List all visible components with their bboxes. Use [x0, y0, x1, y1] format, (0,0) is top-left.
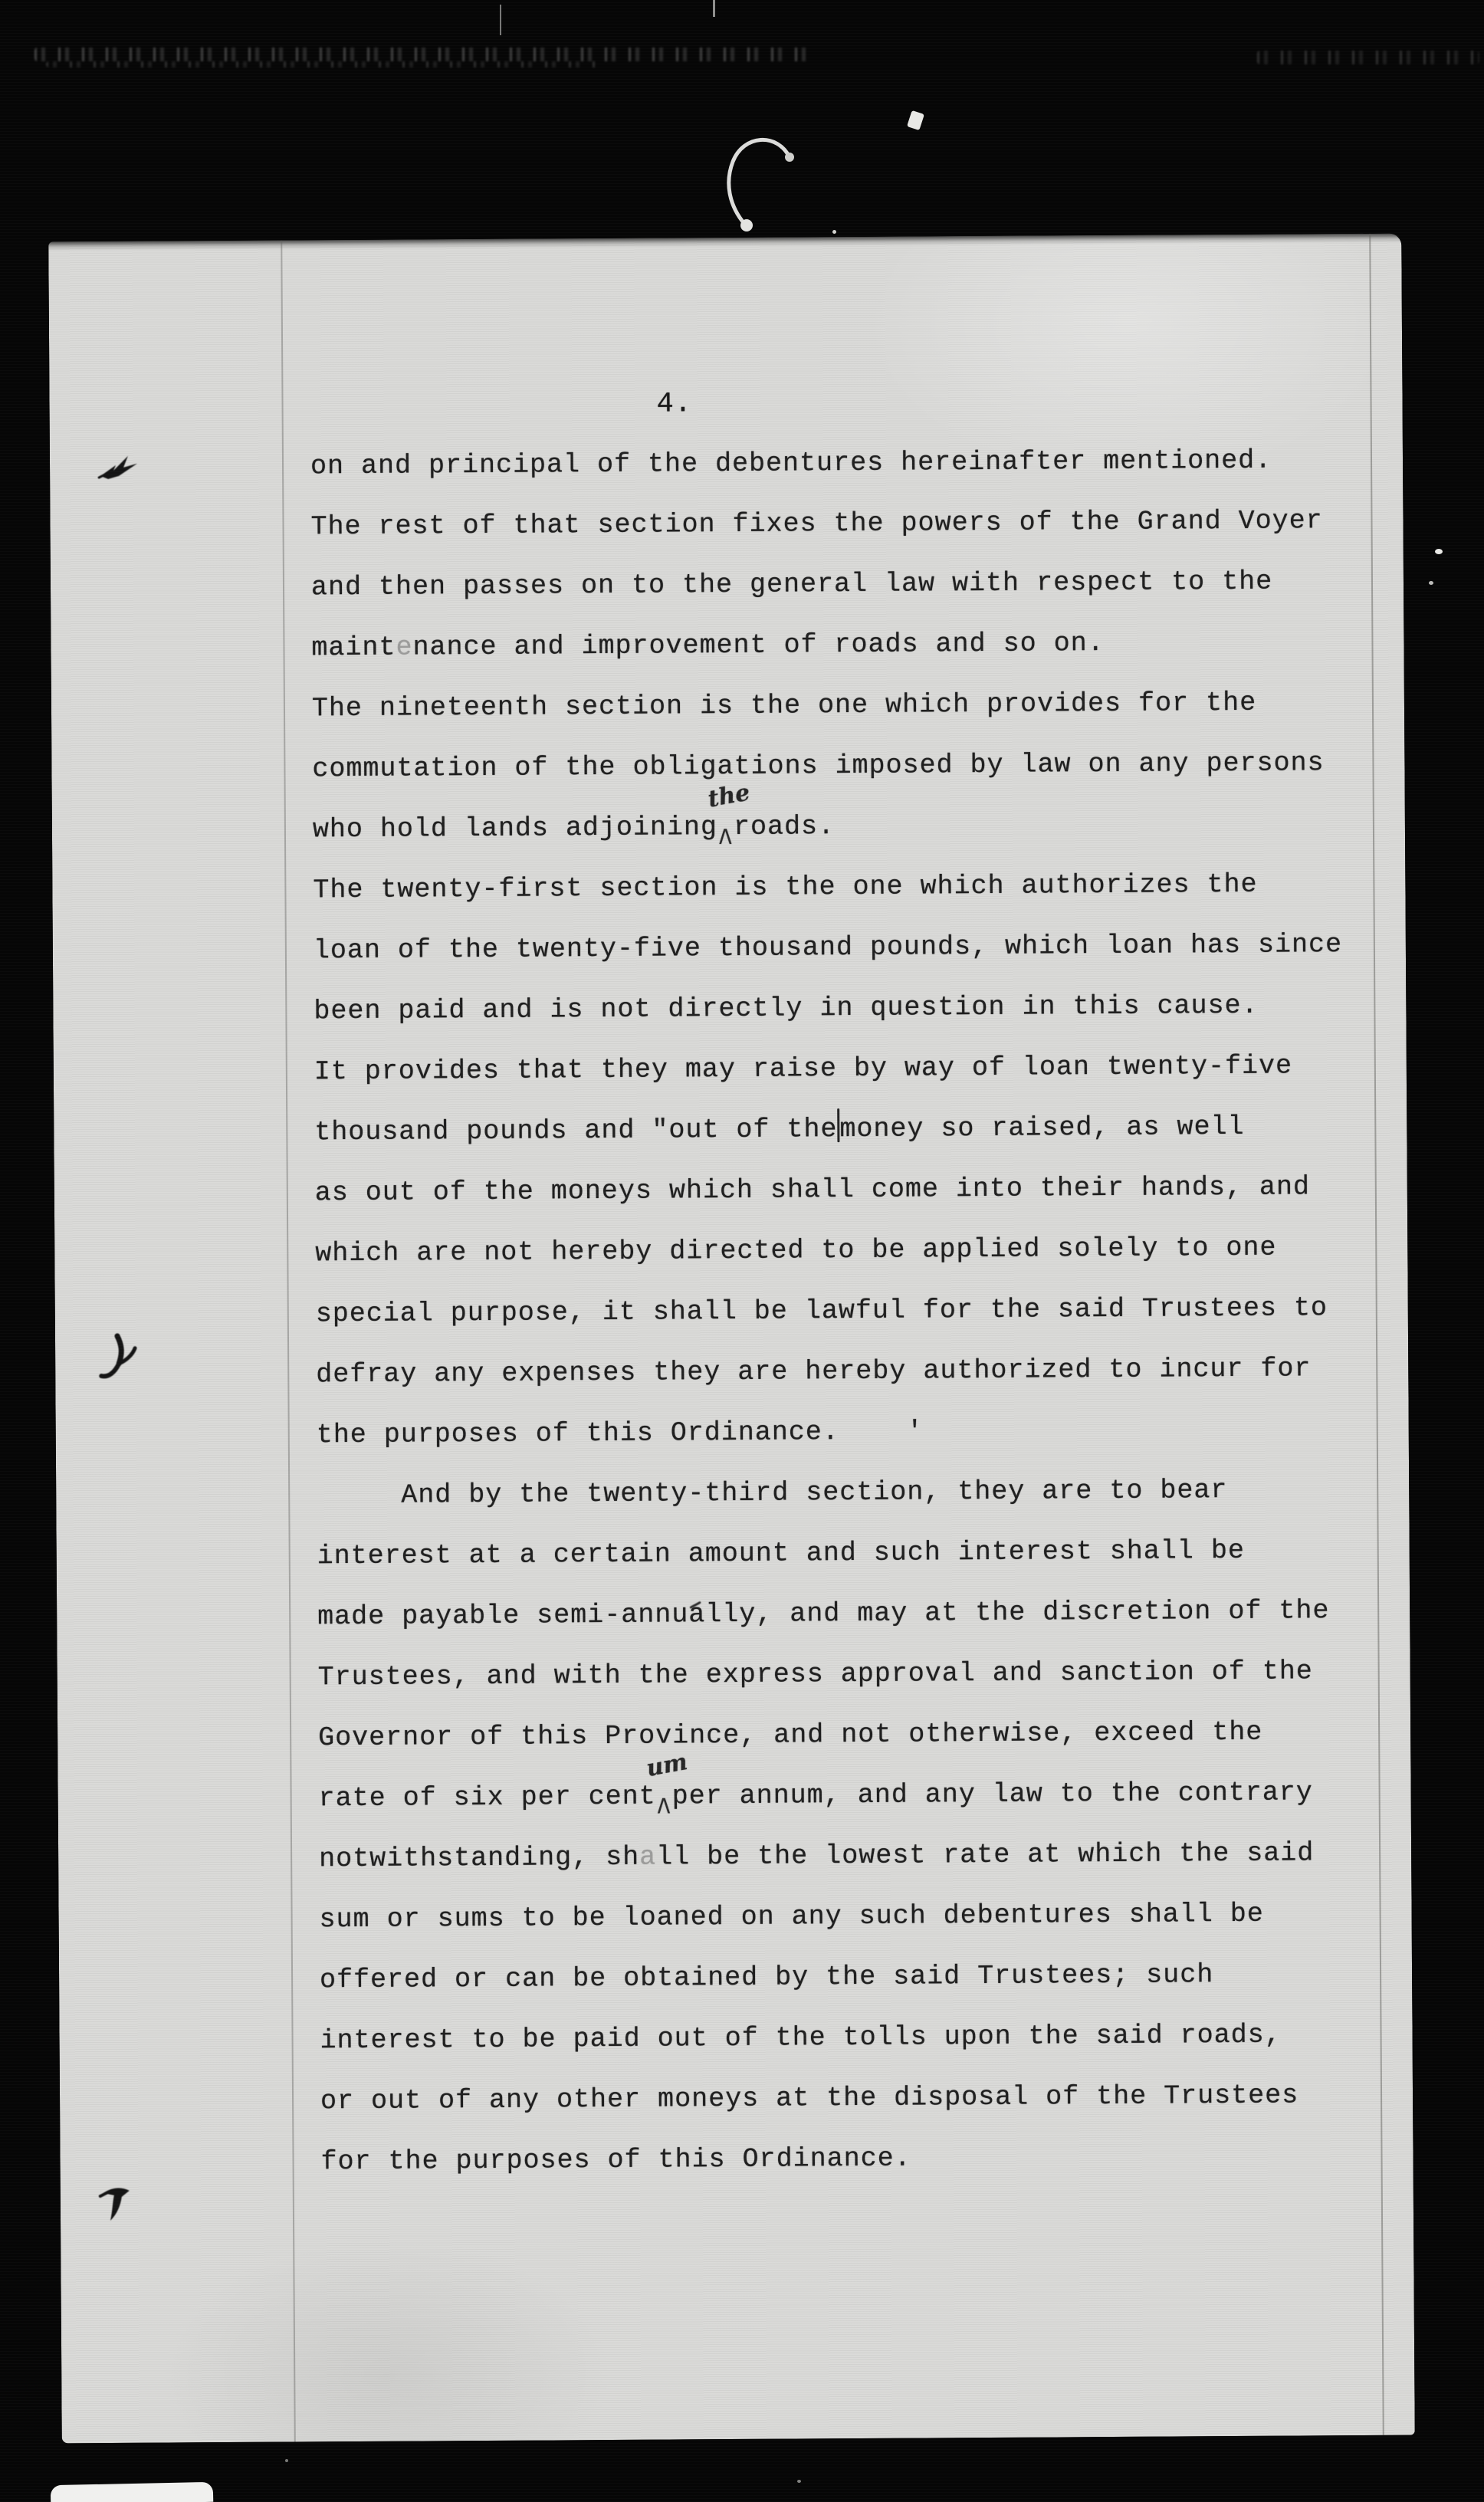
- typewritten-text: roads.: [734, 811, 835, 842]
- text-line: as out of the moneys which shall come in…: [315, 1157, 1395, 1224]
- text-line: sum or sums to be loaned on any such deb…: [319, 1883, 1399, 1951]
- top-noise-band: [46, 61, 598, 67]
- inserted-word: the: [706, 781, 751, 811]
- text-line: interest to be paid out of the tolls upo…: [320, 2005, 1400, 2072]
- text-line: for the purposes of this Ordinance.: [320, 2126, 1400, 2193]
- text-line: commutation of the obligations imposed b…: [312, 733, 1392, 800]
- typewritten-text: a: [688, 1599, 705, 1630]
- film-curl-mark: [707, 126, 806, 241]
- typewritten-text: maint: [311, 632, 396, 664]
- typewritten-text: Governor of this Province, and not other…: [318, 1717, 1262, 1754]
- text-line: interest at a certain amount and such in…: [317, 1520, 1397, 1588]
- white-speck: [1435, 549, 1443, 554]
- typewritten-text: nance and improvement of roads and so on…: [412, 628, 1104, 663]
- ink-blot-upper-left-margin: [97, 447, 153, 490]
- text-line: Governor of this Province, and not other…: [318, 1702, 1398, 1769]
- inserted-word: um: [645, 1751, 689, 1781]
- text-line: And by the twenty-third section, they ar…: [317, 1459, 1397, 1527]
- text-line: It provides that they may raise by way o…: [314, 1036, 1394, 1103]
- text-line: The twenty-first section is the one whic…: [313, 854, 1393, 921]
- typewritten-text: thousand pounds and "out of the: [314, 1114, 837, 1148]
- typewritten-text: loan of the twenty-five thousand pounds,…: [314, 929, 1342, 966]
- text-line: made payable semi-annually, and may at t…: [317, 1581, 1397, 1648]
- text-line: on and principal of the debentures herei…: [310, 430, 1390, 497]
- typewritten-text: lly, and may at the discretion of the: [705, 1595, 1329, 1630]
- text-line: loan of the twenty-five thousand pounds,…: [314, 914, 1394, 982]
- typewritten-text: as out of the moneys which shall come in…: [315, 1171, 1310, 1208]
- text-line: been paid and is not directly in questio…: [314, 975, 1394, 1042]
- white-speck: [797, 2480, 801, 2483]
- typewritten-text: defray any expenses they are hereby auth…: [316, 1353, 1311, 1390]
- typewritten-text: a: [639, 1842, 656, 1873]
- text-line: and then passes on to the general law wi…: [311, 551, 1391, 619]
- bottom-left-page-tab: [51, 2482, 213, 2502]
- text-line: or out of any other moneys at the dispos…: [320, 2065, 1400, 2133]
- typewritten-text: The twenty-first section is the one whic…: [313, 869, 1257, 906]
- typewritten-text: sum or sums to be loaned on any such deb…: [319, 1899, 1263, 1936]
- ink-blot-mid-left-margin: [97, 1331, 145, 1391]
- text-line: maintenance and improvement of roads and…: [311, 612, 1391, 679]
- typewritten-text: The nineteenth section is the one which …: [312, 688, 1256, 724]
- handwritten-caret-insertion: um^: [656, 1776, 672, 1803]
- text-line: thousand pounds and "out of themoney so …: [314, 1096, 1394, 1164]
- typewritten-text: Trustees, and with the express approval …: [318, 1656, 1313, 1693]
- typewritten-text: rate of six per cent: [319, 1781, 656, 1814]
- text-line: which are not hereby directed to be appl…: [315, 1217, 1395, 1285]
- typewritten-text: And by the twenty-third section, they ar…: [317, 1475, 1227, 1511]
- typewritten-text: which are not hereby directed to be appl…: [315, 1233, 1276, 1269]
- ink-blot-lower-left-margin: [97, 2182, 151, 2230]
- scratch-line: [713, 0, 715, 17]
- typewritten-text: who hold lands adjoining: [313, 812, 717, 845]
- caret-mark: ^: [656, 1795, 673, 1829]
- typewritten-text: or out of any other moneys at the dispos…: [320, 2080, 1298, 2117]
- typewritten-text: commutation of the obligations imposed b…: [312, 747, 1324, 784]
- handwritten-caret-insertion: the^: [717, 807, 734, 834]
- text-line: notwithstanding, shall be the lowest rat…: [319, 1823, 1399, 1890]
- white-speck: [285, 2459, 288, 2462]
- typewritten-text: notwithstanding, sh: [319, 1842, 639, 1875]
- typewritten-text: interest at a certain amount and such in…: [317, 1535, 1245, 1571]
- white-speck: [832, 230, 836, 234]
- typewritten-text: for the purposes of this Ordinance.: [320, 2143, 911, 2178]
- top-noise-band: [34, 48, 816, 61]
- text-line: who hold lands adjoiningthe^roads.: [313, 793, 1393, 861]
- page-number: 4.: [656, 388, 692, 420]
- white-speck: [1429, 581, 1433, 585]
- text-line: The nineteenth section is the one which …: [312, 672, 1392, 740]
- document-page: 4. on and principal of the debentures he…: [48, 234, 1415, 2444]
- text-lines: on and principal of the debentures herei…: [310, 430, 1401, 2193]
- typewritten-text: It provides that they may raise by way o…: [314, 1051, 1292, 1088]
- typewritten-text: on and principal of the debentures herei…: [310, 445, 1272, 482]
- typewritten-text: the purposes of this Ordinance. ': [317, 1416, 924, 1450]
- text-line: The rest of that section fixes the power…: [310, 491, 1390, 558]
- typewritten-text: offered or can be obtained by the said T…: [320, 1959, 1213, 1995]
- scratch-line: [500, 5, 501, 35]
- typewritten-text: per annum, and any law to the contrary: [672, 1777, 1313, 1811]
- typewritten-text: e: [396, 632, 412, 663]
- typewritten-text: and then passes on to the general law wi…: [311, 566, 1272, 603]
- margin-rule-line: [281, 241, 296, 2442]
- typewritten-text: The rest of that section fixes the power…: [310, 505, 1322, 542]
- text-line: defray any expenses they are hereby auth…: [316, 1338, 1396, 1406]
- typewritten-text: special purpose, it shall be lawful for …: [316, 1292, 1328, 1329]
- film-frame: 4. on and principal of the debentures he…: [0, 0, 1484, 2502]
- typewritten-text: money so raised, as well: [839, 1111, 1244, 1144]
- text-line: special purpose, it shall be lawful for …: [316, 1278, 1396, 1345]
- caret-mark: ^: [717, 826, 734, 860]
- text-line: offered or can be obtained by the said T…: [320, 1944, 1400, 2011]
- typewritten-text: made payable semi-annu: [317, 1599, 688, 1632]
- top-noise-band: [1257, 51, 1479, 64]
- typewritten-text: ll be the lowest rate at which the said: [656, 1837, 1314, 1872]
- white-speck: [907, 110, 924, 130]
- text-line: Trustees, and with the express approval …: [317, 1641, 1397, 1709]
- text-line: rate of six per centum^per annum, and an…: [318, 1762, 1398, 1830]
- typewritten-text: interest to be paid out of the tolls upo…: [320, 2020, 1281, 2057]
- typewritten-text: been paid and is not directly in questio…: [314, 990, 1258, 1027]
- text-line: the purposes of this Ordinance. ': [317, 1399, 1397, 1466]
